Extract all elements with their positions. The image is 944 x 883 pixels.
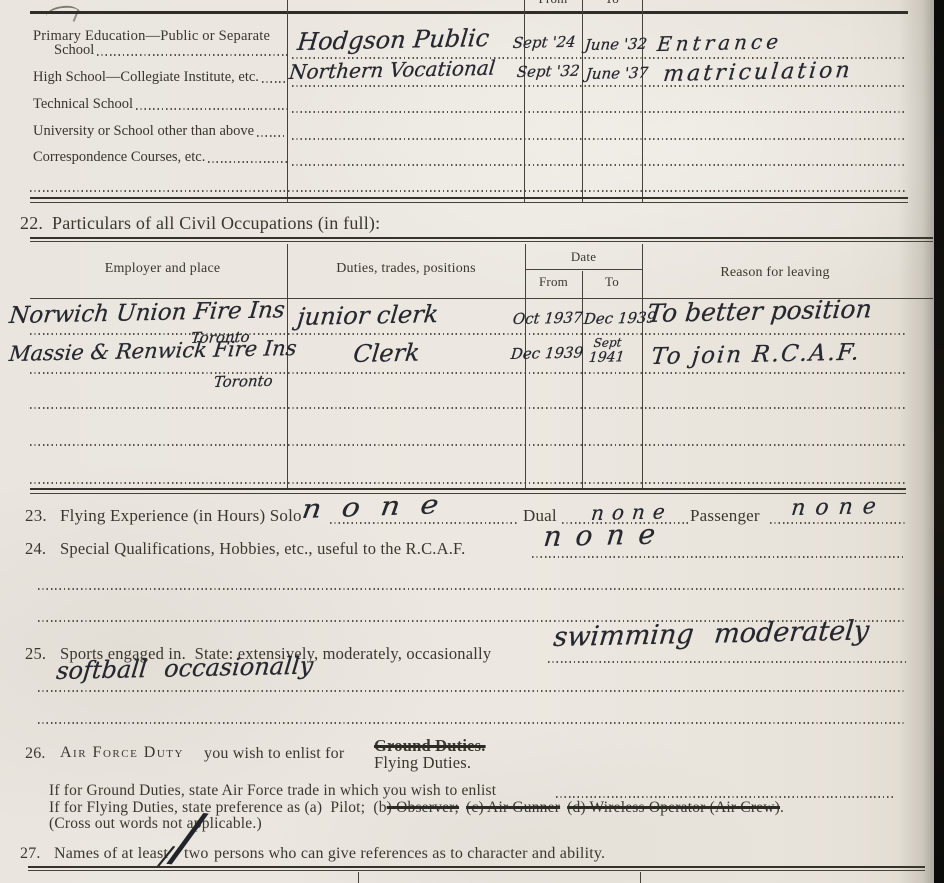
dotted-line bbox=[30, 444, 906, 446]
handwritten-city: Toronto bbox=[213, 372, 274, 391]
education-row-label: School bbox=[54, 42, 287, 59]
table-header-reason: Reason for leaving bbox=[642, 265, 908, 281]
dotted-line bbox=[38, 588, 906, 590]
field-label: Technical School bbox=[33, 96, 133, 113]
section-number: 23. bbox=[25, 506, 47, 526]
column-divider bbox=[642, 0, 643, 203]
handwritten-reason: To better position bbox=[646, 294, 873, 328]
cross-out-note: (Cross out words not applicable.) bbox=[49, 815, 262, 833]
dotted-leader bbox=[262, 81, 287, 83]
rule bbox=[28, 870, 925, 871]
handwritten-date-from: Sept '24 bbox=[512, 33, 577, 52]
dotted-line bbox=[292, 111, 906, 113]
scan-edge bbox=[934, 0, 944, 883]
handwritten-solo-hours: none bbox=[300, 489, 461, 525]
section-title: Particulars of all Civil Occupations (in… bbox=[52, 213, 380, 234]
column-divider bbox=[582, 271, 583, 490]
column-divider bbox=[287, 244, 288, 490]
dotted-line bbox=[30, 333, 906, 335]
rule bbox=[30, 11, 908, 14]
handwritten-sport-1: swimming moderately bbox=[552, 615, 871, 653]
handwritten-date-from: Oct 1937 bbox=[512, 308, 583, 328]
dotted-line bbox=[532, 556, 906, 558]
field-label: University or School other than above bbox=[33, 123, 254, 140]
handwritten-qualifications: none bbox=[542, 517, 671, 553]
instruction-text: If for Flying Duties, state preference a… bbox=[49, 799, 387, 816]
education-from-header: From bbox=[524, 0, 582, 7]
handwritten-standing: matriculation bbox=[662, 58, 854, 87]
field-label: Correspondence Courses, etc. bbox=[33, 149, 205, 166]
dotted-line bbox=[38, 690, 906, 692]
table-header-duties: Duties, trades, positions bbox=[287, 261, 525, 277]
handwritten-employer: Massie & Renwick Fire Ins bbox=[8, 336, 298, 366]
dotted-leader bbox=[97, 54, 287, 56]
handwritten-duties: Clerk bbox=[352, 339, 421, 368]
dotted-line bbox=[770, 522, 906, 524]
rule bbox=[30, 488, 906, 490]
dotted-line bbox=[30, 407, 906, 409]
table-header-from: From bbox=[525, 274, 582, 290]
rule bbox=[525, 269, 642, 270]
section-number: 27. bbox=[20, 845, 41, 863]
dotted-line bbox=[38, 722, 906, 724]
education-to-header: To bbox=[582, 0, 642, 7]
dotted-line bbox=[30, 190, 906, 192]
field-label: High School—Collegiate Institute, etc. bbox=[33, 69, 259, 86]
table-header-employer: Employer and place bbox=[38, 261, 287, 277]
paper-edge-shadow bbox=[898, 0, 936, 883]
field-label: School bbox=[54, 42, 94, 59]
handwritten-date-from: Dec 1939 bbox=[510, 343, 584, 363]
handwritten-date-to: June '37 bbox=[585, 64, 649, 83]
table-header-date: Date bbox=[525, 249, 642, 265]
rule bbox=[30, 202, 908, 203]
air-force-duty-label-rest: you wish to enlist for bbox=[204, 745, 344, 763]
rule bbox=[30, 241, 933, 242]
handwritten-reason: To join R.C.A.F. bbox=[650, 340, 862, 370]
passenger-label: Passenger bbox=[690, 506, 760, 526]
handwritten-date-to: June '32 bbox=[584, 35, 648, 54]
section-number: 26. bbox=[25, 745, 46, 763]
dotted-leader bbox=[208, 161, 287, 163]
dotted-line bbox=[548, 661, 906, 663]
flying-experience-label: Flying Experience (in Hours) Solo bbox=[60, 506, 302, 526]
references-label-end: persons who can give references as to ch… bbox=[214, 845, 605, 863]
rule bbox=[30, 493, 906, 494]
column-divider bbox=[287, 0, 288, 203]
scanned-enlistment-form: From To Primary Education—Public or Sepa… bbox=[0, 0, 944, 883]
column-divider bbox=[524, 0, 525, 203]
handwritten-duties: junior clerk bbox=[296, 300, 440, 331]
education-row-label: Technical School bbox=[33, 96, 287, 113]
column-divider bbox=[640, 872, 641, 883]
ground-duties-instruction: If for Ground Duties, state Air Force tr… bbox=[49, 782, 496, 800]
air-force-duty-label: Air Force Duty bbox=[60, 744, 184, 762]
qualifications-label: Special Qualifications, Hobbies, etc., u… bbox=[60, 539, 465, 559]
dotted-line bbox=[30, 482, 906, 484]
column-divider bbox=[358, 872, 359, 883]
handwritten-passenger-hours: none bbox=[790, 494, 887, 521]
section-number: 22. bbox=[20, 213, 43, 234]
dotted-line bbox=[556, 796, 893, 798]
handwritten-school-name: Northern Vocational bbox=[288, 56, 497, 84]
dotted-line bbox=[292, 85, 906, 87]
column-divider bbox=[582, 0, 583, 203]
wireless-operator-option-crossed-out: (d) Wireless Operator (Air Crew) bbox=[567, 799, 780, 816]
rule bbox=[30, 237, 933, 239]
dotted-line bbox=[292, 164, 906, 166]
dotted-leader bbox=[257, 135, 287, 137]
handwritten-date-from: Sept '32 bbox=[516, 62, 581, 81]
observer-option-crossed-out: ) Observer; bbox=[387, 799, 459, 816]
handwritten-employer: Norwich Union Fire Ins bbox=[8, 297, 286, 329]
table-header-to: To bbox=[582, 274, 642, 290]
section-number: 25. bbox=[25, 644, 46, 664]
handwritten-standing: Entrance bbox=[656, 29, 783, 56]
handwritten-date-to-month: Sept bbox=[593, 335, 622, 350]
dotted-leader bbox=[136, 108, 287, 110]
education-row-label: High School—Collegiate Institute, etc. bbox=[33, 69, 287, 86]
education-row-label: University or School other than above bbox=[33, 123, 287, 140]
air-gunner-option-crossed-out: (c) Air Gunner bbox=[466, 799, 560, 816]
dotted-line bbox=[30, 372, 906, 374]
references-label-start: Names of at least bbox=[54, 845, 168, 863]
handwritten-sport-2: softball occasionally bbox=[55, 652, 314, 685]
flying-duties-option: Flying Duties. bbox=[374, 753, 471, 773]
section-number: 24. bbox=[25, 539, 46, 559]
instruction-text: . bbox=[780, 799, 784, 816]
dotted-line bbox=[292, 138, 906, 140]
handwritten-date-to-year: 1941 bbox=[588, 349, 625, 366]
education-row-label: Correspondence Courses, etc. bbox=[33, 149, 287, 166]
rule bbox=[30, 197, 908, 199]
handwritten-school-name: Hodgson Public bbox=[296, 24, 491, 56]
rule bbox=[28, 866, 925, 868]
